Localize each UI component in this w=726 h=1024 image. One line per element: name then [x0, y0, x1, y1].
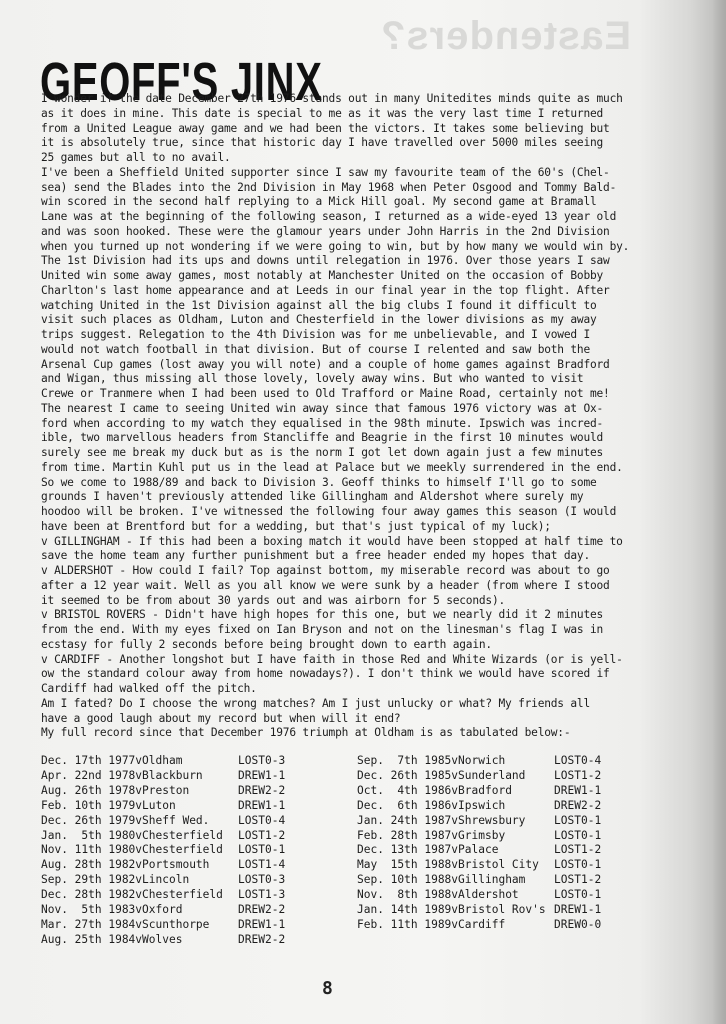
match-score: 1-1 — [265, 799, 285, 814]
article-line: surely see me break my duck but as is th… — [41, 446, 701, 461]
article-line: would not watch football in that divisio… — [41, 343, 701, 358]
match-score: 2-2 — [265, 903, 285, 918]
result-row: Dec. 17th 1977 v Oldham LOST 0-3 — [41, 754, 285, 769]
opponent-name: Shrewsbury — [458, 814, 554, 829]
match-date: Sep. 10th 1988 — [357, 873, 451, 888]
match-date: Dec. 6th 1986 — [357, 799, 451, 814]
results-column-left: Dec. 17th 1977 v Oldham LOST 0-3Apr. 22n… — [41, 754, 285, 948]
versus-marker: v — [135, 814, 142, 829]
article-line: v BRISTOL ROVERS - Didn't have high hope… — [41, 608, 701, 623]
match-result: LOST — [554, 858, 581, 873]
versus-marker: v — [135, 933, 142, 948]
result-row: Aug. 28th 1982 v Portsmouth LOST 1-4 — [41, 858, 285, 873]
opponent-name: Gillingham — [458, 873, 554, 888]
match-score: 1-2 — [581, 873, 601, 888]
article-line: and Wigan, thus missing all those lovely… — [41, 372, 701, 387]
opponent-name: Sunderland — [458, 769, 554, 784]
versus-marker: v — [451, 799, 458, 814]
match-result: DREW — [238, 784, 265, 799]
article-line: v ALDERSHOT - How could I fail? Top agai… — [41, 564, 701, 579]
result-row: Dec. 26th 1979 v Sheff Wed. LOST 0-4 — [41, 814, 285, 829]
article-line: grounds I haven't previously attended li… — [41, 490, 701, 505]
match-date: Aug. 26th 1978 — [41, 784, 135, 799]
match-result: DREW — [238, 933, 265, 948]
article-line: United win some away games, most notably… — [41, 269, 701, 284]
article-line: win scored in the second half replying t… — [41, 195, 701, 210]
match-result: LOST — [238, 829, 265, 844]
article-line: it is absolutely true, since that histor… — [41, 136, 701, 151]
match-score: 2-2 — [265, 933, 285, 948]
match-result: DREW — [554, 903, 581, 918]
versus-marker: v — [451, 888, 458, 903]
match-result: DREW — [554, 799, 581, 814]
versus-marker: v — [135, 784, 142, 799]
match-date: Dec. 28th 1982 — [41, 888, 135, 903]
article-line: My full record since that December 1976 … — [41, 726, 701, 741]
match-result: LOST — [554, 843, 581, 858]
versus-marker: v — [135, 754, 142, 769]
match-result: DREW — [554, 918, 581, 933]
opponent-name: Bristol Rov's — [458, 903, 554, 918]
page-number: 8 — [322, 978, 333, 999]
match-score: 0-1 — [581, 888, 601, 903]
opponent-name: Chesterfield — [142, 829, 238, 844]
match-date: May 15th 1988 — [357, 858, 451, 873]
result-row: Aug. 26th 1978 v Preston DREW 2-2 — [41, 784, 285, 799]
result-row: Dec. 13th 1987 v Palace LOST 1-2 — [357, 843, 601, 858]
article-line: from a United League away game and we ha… — [41, 122, 701, 137]
match-date: Feb. 10th 1979 — [41, 799, 135, 814]
article-line: ecstasy for fully 2 seconds before being… — [41, 638, 701, 653]
match-date: Feb. 28th 1987 — [357, 829, 451, 844]
result-row: Nov. 5th 1983 v Oxford DREW 2-2 — [41, 903, 285, 918]
article-line: v CARDIFF - Another longshot but I have … — [41, 653, 701, 668]
match-result: LOST — [554, 769, 581, 784]
result-row: Nov. 11th 1980 v Chesterfield LOST 0-1 — [41, 843, 285, 858]
result-row: Mar. 27th 1984 v Scunthorpe DREW 1-1 — [41, 918, 285, 933]
result-row: Sep. 29th 1982 v Lincoln LOST 0-3 — [41, 873, 285, 888]
match-result: LOST — [554, 888, 581, 903]
match-date: Aug. 25th 1984 — [41, 933, 135, 948]
match-result: LOST — [238, 888, 265, 903]
article-line: ible, two marvellous headers from Stancl… — [41, 431, 701, 446]
article-line: save the home team any further punishmen… — [41, 549, 701, 564]
match-score: 0-4 — [265, 814, 285, 829]
article-line: and was soon hooked. These were the glam… — [41, 225, 701, 240]
match-score: 2-2 — [581, 799, 601, 814]
opponent-name: Grimsby — [458, 829, 554, 844]
article-line: v GILLINGHAM - If this had been a boxing… — [41, 535, 701, 550]
article-line: watching United in the 1st Division agai… — [41, 299, 701, 314]
opponent-name: Sheff Wed. — [142, 814, 238, 829]
article-line: Cardiff had walked off the pitch. — [41, 682, 701, 697]
result-row: Feb. 10th 1979 v Luton DREW 1-1 — [41, 799, 285, 814]
versus-marker: v — [135, 873, 142, 888]
match-score: 0-4 — [581, 754, 601, 769]
match-result: LOST — [554, 754, 581, 769]
match-score: 1-3 — [265, 888, 285, 903]
match-score: 1-2 — [265, 829, 285, 844]
article-line: hoodoo will be broken. I've witnessed th… — [41, 505, 701, 520]
match-score: 1-1 — [581, 903, 601, 918]
result-row: Dec. 6th 1986 v Ipswich DREW 2-2 — [357, 799, 601, 814]
match-score: 2-2 — [265, 784, 285, 799]
versus-marker: v — [451, 873, 458, 888]
versus-marker: v — [451, 903, 458, 918]
opponent-name: Chesterfield — [142, 843, 238, 858]
opponent-name: Cardiff — [458, 918, 554, 933]
match-result: LOST — [238, 873, 265, 888]
article-line: I wonder if the date December 27th 1976 … — [41, 92, 701, 107]
versus-marker: v — [135, 858, 142, 873]
match-score: 0-3 — [265, 873, 285, 888]
versus-marker: v — [451, 829, 458, 844]
article-line: trips suggest. Relegation to the 4th Div… — [41, 328, 701, 343]
article-line: visit such places as Oldham, Luton and C… — [41, 313, 701, 328]
match-date: Nov. 8th 1988 — [357, 888, 451, 903]
match-result: DREW — [238, 769, 265, 784]
opponent-name: Aldershot — [458, 888, 554, 903]
versus-marker: v — [451, 858, 458, 873]
article-line: Crewe or Tranmere when I had been used t… — [41, 387, 701, 402]
match-score: 0-1 — [581, 814, 601, 829]
opponent-name: Blackburn — [142, 769, 238, 784]
match-result: DREW — [238, 903, 265, 918]
versus-marker: v — [451, 814, 458, 829]
result-row: Nov. 8th 1988 v Aldershot LOST 0-1 — [357, 888, 601, 903]
opponent-name: Oxford — [142, 903, 238, 918]
match-date: Dec. 26th 1979 — [41, 814, 135, 829]
article-line: ford when according to my watch they equ… — [41, 417, 701, 432]
match-date: Apr. 22nd 1978 — [41, 769, 135, 784]
match-result: LOST — [238, 814, 265, 829]
article-line: Arsenal Cup games (lost away you will no… — [41, 358, 701, 373]
scanned-page: Eastenders? GEOFF'S JINX I wonder if the… — [0, 0, 726, 1024]
match-date: Aug. 28th 1982 — [41, 858, 135, 873]
article-line: have a good laugh about my record but wh… — [41, 712, 701, 727]
match-result: LOST — [238, 858, 265, 873]
versus-marker: v — [135, 799, 142, 814]
article-line: The nearest I came to seeing United win … — [41, 402, 701, 417]
article-line: So we come to 1988/89 and back to Divisi… — [41, 476, 701, 491]
match-score: 0-3 — [265, 754, 285, 769]
match-score: 1-1 — [265, 918, 285, 933]
versus-marker: v — [135, 769, 142, 784]
opponent-name: Luton — [142, 799, 238, 814]
article-line: from time. Martin Kuhl put us in the lea… — [41, 461, 701, 476]
result-row: Dec. 26th 1985 v Sunderland LOST 1-2 — [357, 769, 601, 784]
versus-marker: v — [451, 784, 458, 799]
article-line: 25 games but all to no avail. — [41, 151, 701, 166]
result-row: Feb. 11th 1989 v Cardiff DREW 0-0 — [357, 918, 601, 933]
article-line: Charlton's last home appearance and at L… — [41, 284, 701, 299]
article-line: sea) send the Blades into the 2nd Divisi… — [41, 181, 701, 196]
match-result: LOST — [554, 829, 581, 844]
match-date: Mar. 27th 1984 — [41, 918, 135, 933]
opponent-name: Portsmouth — [142, 858, 238, 873]
match-score: 0-1 — [581, 829, 601, 844]
article-body: I wonder if the date December 27th 1976 … — [41, 92, 701, 741]
article-line: when you turned up not wondering if we w… — [41, 240, 701, 255]
result-row: Jan. 24th 1987 v Shrewsbury LOST 0-1 — [357, 814, 601, 829]
result-row: Sep. 7th 1985 v Norwich LOST 0-4 — [357, 754, 601, 769]
match-date: Nov. 5th 1983 — [41, 903, 135, 918]
match-score: 0-0 — [581, 918, 601, 933]
opponent-name: Preston — [142, 784, 238, 799]
opponent-name: Bristol City — [458, 858, 554, 873]
match-date: Sep. 7th 1985 — [357, 754, 451, 769]
opponent-name: Norwich — [458, 754, 554, 769]
match-score: 1-4 — [265, 858, 285, 873]
match-date: Jan. 14th 1989 — [357, 903, 451, 918]
match-score: 1-1 — [265, 769, 285, 784]
article-line: from the end. With my eyes fixed on Ian … — [41, 623, 701, 638]
versus-marker: v — [451, 843, 458, 858]
match-result: DREW — [238, 918, 265, 933]
match-date: Sep. 29th 1982 — [41, 873, 135, 888]
match-score: 0-1 — [265, 843, 285, 858]
article-line: The 1st Division had its ups and downs u… — [41, 254, 701, 269]
match-date: Feb. 11th 1989 — [357, 918, 451, 933]
article-line: I've been a Sheffield United supporter s… — [41, 166, 701, 181]
match-date: Jan. 24th 1987 — [357, 814, 451, 829]
match-date: Nov. 11th 1980 — [41, 843, 135, 858]
versus-marker: v — [135, 918, 142, 933]
match-score: 0-1 — [581, 858, 601, 873]
match-date: Dec. 13th 1987 — [357, 843, 451, 858]
opponent-name: Wolves — [142, 933, 238, 948]
match-date: Dec. 26th 1985 — [357, 769, 451, 784]
result-row: Aug. 25th 1984 v Wolves DREW 2-2 — [41, 933, 285, 948]
versus-marker: v — [451, 754, 458, 769]
result-row: Jan. 14th 1989 v Bristol Rov's DREW 1-1 — [357, 903, 601, 918]
opponent-name: Bradford — [458, 784, 554, 799]
match-result: DREW — [554, 784, 581, 799]
show-through-heading: Eastenders? — [380, 14, 631, 59]
article-line: after a 12 year wait. Well as you all kn… — [41, 579, 701, 594]
article-line: have been at Brentford but for a wedding… — [41, 520, 701, 535]
match-result: LOST — [238, 754, 265, 769]
versus-marker: v — [135, 903, 142, 918]
opponent-name: Lincoln — [142, 873, 238, 888]
result-row: May 15th 1988 v Bristol City LOST 0-1 — [357, 858, 601, 873]
result-row: Dec. 28th 1982 v Chesterfield LOST 1-3 — [41, 888, 285, 903]
opponent-name: Scunthorpe — [142, 918, 238, 933]
match-result: LOST — [554, 814, 581, 829]
article-line: as it does in mine. This date is special… — [41, 107, 701, 122]
versus-marker: v — [135, 888, 142, 903]
match-date: Oct. 4th 1986 — [357, 784, 451, 799]
opponent-name: Ipswich — [458, 799, 554, 814]
result-row: Jan. 5th 1980 v Chesterfield LOST 1-2 — [41, 829, 285, 844]
versus-marker: v — [135, 843, 142, 858]
match-result: LOST — [554, 873, 581, 888]
article-line: ow the standard colour away from home no… — [41, 667, 701, 682]
match-result: DREW — [238, 799, 265, 814]
match-result: LOST — [238, 843, 265, 858]
versus-marker: v — [451, 918, 458, 933]
article-line: Am I fated? Do I choose the wrong matche… — [41, 697, 701, 712]
versus-marker: v — [451, 769, 458, 784]
article-line: it seemed to be from about 30 yards out … — [41, 594, 701, 609]
article-line: Lane was at the beginning of the followi… — [41, 210, 701, 225]
match-date: Dec. 17th 1977 — [41, 754, 135, 769]
page-gutter-shadow — [712, 0, 726, 1024]
match-score: 1-2 — [581, 843, 601, 858]
opponent-name: Palace — [458, 843, 554, 858]
match-date: Jan. 5th 1980 — [41, 829, 135, 844]
result-row: Feb. 28th 1987 v Grimsby LOST 0-1 — [357, 829, 601, 844]
opponent-name: Oldham — [142, 754, 238, 769]
result-row: Oct. 4th 1986 v Bradford DREW 1-1 — [357, 784, 601, 799]
result-row: Sep. 10th 1988 v Gillingham LOST 1-2 — [357, 873, 601, 888]
match-score: 1-2 — [581, 769, 601, 784]
result-row: Apr. 22nd 1978 v Blackburn DREW 1-1 — [41, 769, 285, 784]
versus-marker: v — [135, 829, 142, 844]
opponent-name: Chesterfield — [142, 888, 238, 903]
match-score: 1-1 — [581, 784, 601, 799]
results-column-right: Sep. 7th 1985 v Norwich LOST 0-4Dec. 26t… — [357, 754, 601, 933]
